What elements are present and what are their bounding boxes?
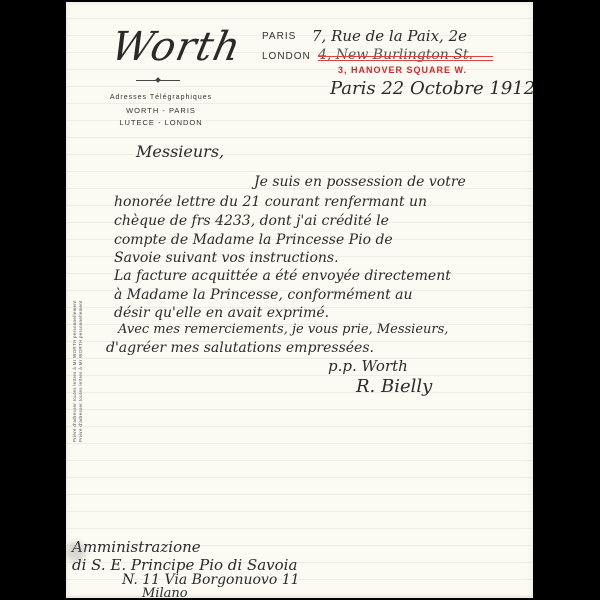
body-line: honorée lettre du 21 courant renfermant …	[114, 194, 427, 210]
logo-flourish-icon	[136, 80, 180, 81]
paris-label: PARIS	[262, 31, 296, 42]
salutation: Messieurs,	[136, 142, 224, 161]
strike-line-1	[318, 56, 493, 57]
telegraphic-line-paris: WORTH - PARIS	[86, 106, 236, 115]
signature-name: R. Bielly	[356, 376, 432, 397]
ink-smudge	[66, 542, 86, 562]
body-line: à Madame la Princesse, conformément au	[114, 287, 413, 303]
body-line: Savoie suivant vos instructions.	[114, 250, 339, 266]
telegraphic-line-london: LUTECE - LONDON	[86, 118, 236, 127]
body-line: La facture acquittée a été envoyée direc…	[114, 268, 451, 284]
body-line: chèque de frs 4233, dont j'ai crédité le	[114, 213, 389, 229]
telegraphic-title: Adresses Télégraphiques	[86, 94, 236, 101]
recipient-line: Amministrazione	[72, 538, 201, 556]
recipient-line: Milano	[142, 586, 188, 598]
london-address-new: 3, HANOVER SQUARE W.	[338, 65, 467, 75]
signature-firm: p.p. Worth	[328, 357, 408, 375]
body-line: compte de Madame la Princesse Pio de	[114, 232, 393, 248]
strike-line-2	[318, 60, 493, 61]
london-label: LONDON	[262, 51, 311, 62]
paris-address: 7, Rue de la Paix, 2e	[312, 27, 467, 45]
letter-page: Worth Adresses Télégraphiques WORTH - PA…	[66, 2, 533, 598]
side-note: Prière d'adresser toutes lettres à Mr WO…	[72, 300, 84, 442]
body-line: Avec mes remerciements, je vous prie, Me…	[118, 322, 448, 337]
body-line: désir qu'elle en avait exprimé.	[114, 305, 329, 321]
letter-date: Paris 22 Octobre 1912.	[330, 78, 533, 99]
side-note-line: Prière d'adresser toutes lettres à Mr WO…	[78, 300, 84, 442]
worth-logo: Worth	[107, 24, 245, 70]
body-line: d'agréer mes salutations empressées.	[106, 340, 374, 356]
body-line: Je suis en possession de votre	[254, 174, 466, 190]
